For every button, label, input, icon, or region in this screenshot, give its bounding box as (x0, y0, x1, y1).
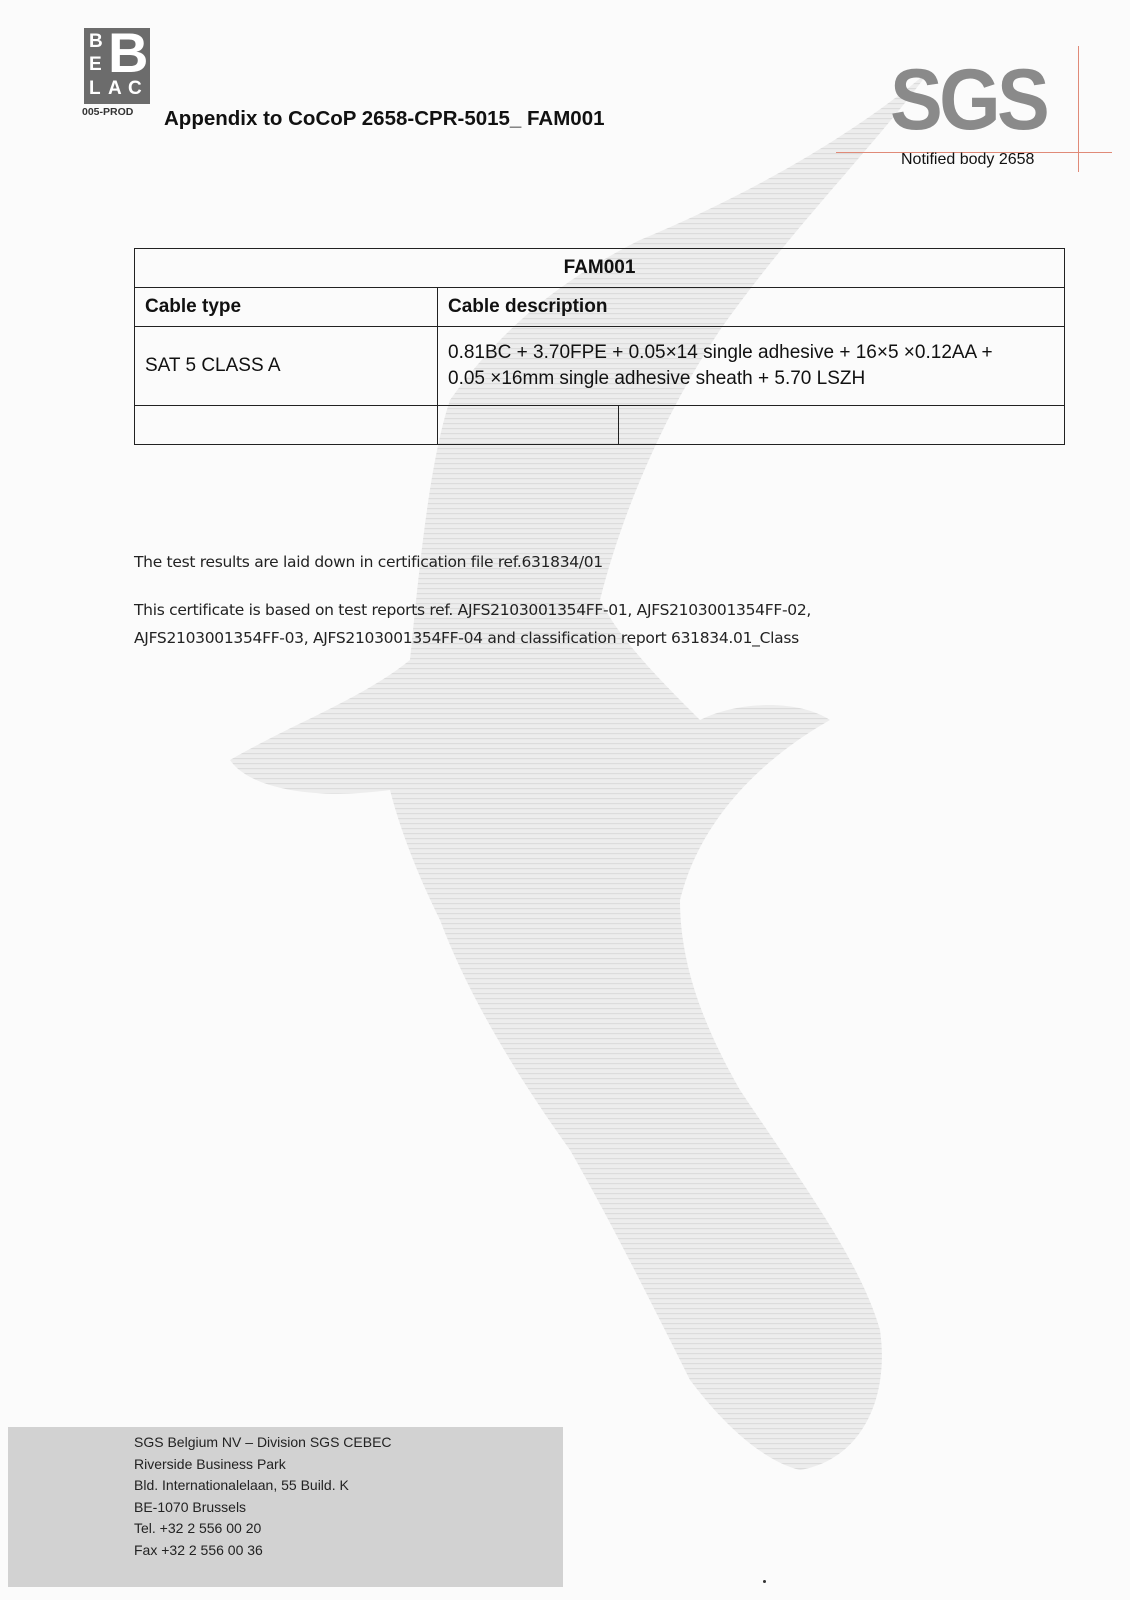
logo-letter-e: E (89, 55, 102, 74)
test-reports-text-line2: AJFS2103001354FF-03, AJFS2103001354FF-04… (134, 629, 799, 647)
sgs-logo: SGS (890, 56, 1046, 144)
cell-cable-description: 0.81BC + 3.70FPE + 0.05×14 single adhesi… (438, 327, 1065, 406)
certification-file-text: The test results are laid down in certif… (134, 553, 603, 571)
cable-table: FAM001 Cable type Cable description SAT … (134, 248, 1065, 445)
footer-address-box (8, 1427, 563, 1587)
belac-logo: B E L A C B (84, 28, 150, 104)
page-title: Appendix to CoCoP 2658-CPR-5015_ FAM001 (164, 107, 605, 131)
logo-big-b-icon: B (108, 30, 146, 76)
eagle-watermark (0, 0, 1130, 1600)
footer-street: Riverside Business Park (134, 1456, 286, 1472)
table-row: SAT 5 CLASS A 0.81BC + 3.70FPE + 0.05×14… (135, 327, 1065, 406)
footer-fax: Fax +32 2 556 00 36 (134, 1542, 263, 1558)
logo-letter-l: L (89, 79, 101, 98)
cell-empty (135, 406, 438, 445)
footer-address: Bld. Internationalelaan, 55 Build. K (134, 1477, 349, 1493)
column-header-cable-type: Cable type (135, 288, 438, 327)
cell-empty (619, 406, 1065, 445)
cell-cable-type: SAT 5 CLASS A (135, 327, 438, 406)
description-line: 0.81BC + 3.70FPE + 0.05×14 single adhesi… (448, 340, 1054, 366)
footer-company: SGS Belgium NV – Division SGS CEBEC (134, 1434, 392, 1450)
footer-city: BE-1070 Brussels (134, 1499, 246, 1515)
notified-body: Notified body 2658 (901, 151, 1034, 169)
logo-guide-line (1078, 46, 1079, 172)
accreditation-code: 005-PROD (82, 106, 133, 118)
cell-empty (438, 406, 619, 445)
table-title: FAM001 (135, 249, 1065, 288)
footer-phone: Tel. +32 2 556 00 20 (134, 1520, 261, 1536)
column-header-cable-description: Cable description (438, 288, 1065, 327)
description-line: 0.05 ×16mm single adhesive sheath + 5.70… (448, 366, 1054, 392)
test-reports-text-line1: This certificate is based on test report… (134, 601, 811, 619)
table-row (135, 406, 1065, 445)
logo-letter-b: B (89, 32, 103, 51)
scan-speck (763, 1580, 766, 1583)
